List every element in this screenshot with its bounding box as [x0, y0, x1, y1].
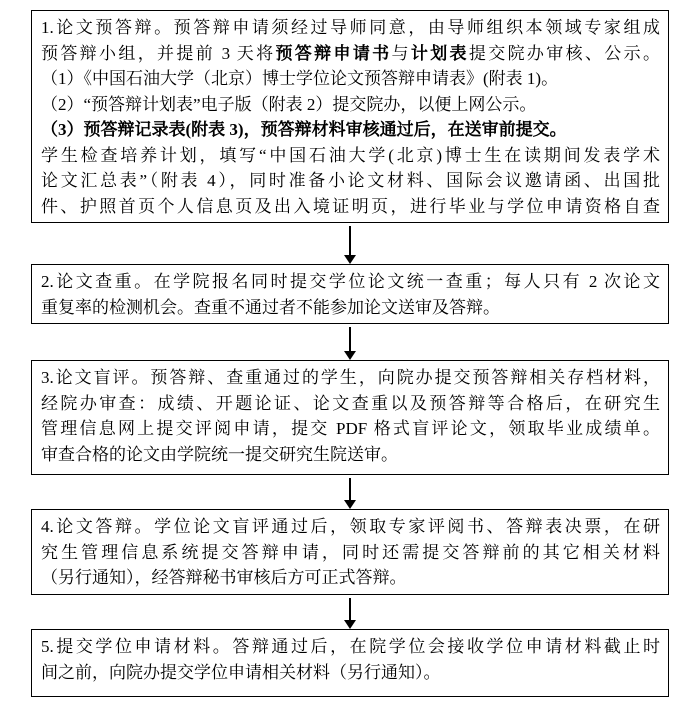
arrow-shaft — [349, 327, 351, 351]
process-box-3-blind-review: 3.论文盲评。预答辩、查重通过的学生，向院办提交预答辩相关存档材料，经院办审查：… — [31, 360, 669, 475]
text-line: 2.论文查重。在学院报名同时提交学位论文统一查重；每人只有 2 次论文 — [41, 269, 660, 295]
arrow-shaft — [349, 226, 351, 255]
text-line: 3.论文盲评。预答辩、查重通过的学生，向院办提交预答辩相关存档材料， — [41, 365, 660, 391]
text-line: 间之前，向院办提交学位申请相关材料（另行通知）。 — [41, 660, 660, 686]
text-line: 论文汇总表”（附表 4），同时准备小论文材料、国际会议邀请函、出国批 — [41, 168, 660, 194]
arrow-down-icon — [344, 255, 356, 264]
text-line: （2）“预答辩计划表”电子版（附表 2）提交院办，以便上网公示。 — [41, 92, 660, 118]
text-line: 件、护照首页个人信息页及出入境证明页，进行毕业与学位申请资格自查 — [41, 194, 660, 220]
arrow-down-icon — [344, 351, 356, 360]
text-line: 管理信息网上提交评阅申请，提交 PDF 格式盲评论文，领取毕业成绩单。 — [41, 416, 660, 442]
text-line: 学生检查培养计划，填写“中国石油大学(北京)博士生在读期间发表学术 — [41, 143, 660, 169]
flow-arrow-4 — [31, 595, 669, 629]
text-line: 预答辩小组，并提前 3 天将预答辩申请书与计划表提交院办审核、公示。 — [41, 41, 660, 67]
text-line: 究生管理信息系统提交答辩申请，同时还需提交答辩前的其它相关材料 — [41, 540, 660, 566]
text-line: 审查合格的论文由学院统一提交研究生院送审。 — [41, 442, 660, 468]
flowchart: 1.论文预答辩。预答辩申请须经过导师同意，由导师组织本领域专家组成预答辩小组，并… — [0, 0, 694, 697]
text-line: 1.论文预答辩。预答辩申请须经过导师同意，由导师组织本领域专家组成 — [41, 15, 660, 41]
text-line: （1）《中国石油大学（北京）博士学位论文预答辩申请表》(附表 1)。 — [41, 66, 660, 92]
flow-arrow-3 — [31, 475, 669, 509]
arrow-shaft — [349, 478, 351, 500]
text-line: 重复率的检测机会。查重不通过者不能参加论文送审及答辩。 — [41, 295, 660, 321]
arrow-shaft — [349, 598, 351, 620]
process-box-1-pre-defense: 1.论文预答辩。预答辩申请须经过导师同意，由导师组织本领域专家组成预答辩小组，并… — [31, 10, 669, 223]
text-line: 经院办审查：成绩、开题论证、论文查重以及预答辩等合格后，在研究生 — [41, 391, 660, 417]
flow-arrow-1 — [31, 223, 669, 264]
arrow-down-icon — [344, 620, 356, 629]
text-line: 4.论文答辩。学位论文盲评通过后，领取专家评阅书、答辩表决票，在研 — [41, 514, 660, 540]
process-box-5-degree-application: 5.提交学位申请材料。答辩通过后，在院学位会接收学位申请材料截止时间之前，向院办… — [31, 629, 669, 697]
arrow-down-icon — [344, 500, 356, 509]
text-line: 5.提交学位申请材料。答辩通过后，在院学位会接收学位申请材料截止时 — [41, 634, 660, 660]
process-box-2-plagiarism-check: 2.论文查重。在学院报名同时提交学位论文统一查重；每人只有 2 次论文重复率的检… — [31, 264, 669, 324]
flow-arrow-2 — [31, 324, 669, 360]
process-box-4-thesis-defense: 4.论文答辩。学位论文盲评通过后，领取专家评阅书、答辩表决票，在研究生管理信息系… — [31, 509, 669, 595]
text-line: （另行通知），经答辩秘书审核后方可正式答辩。 — [41, 565, 660, 591]
text-line: （3）预答辩记录表(附表 3)，预答辩材料审核通过后，在送审前提交。 — [41, 117, 660, 143]
